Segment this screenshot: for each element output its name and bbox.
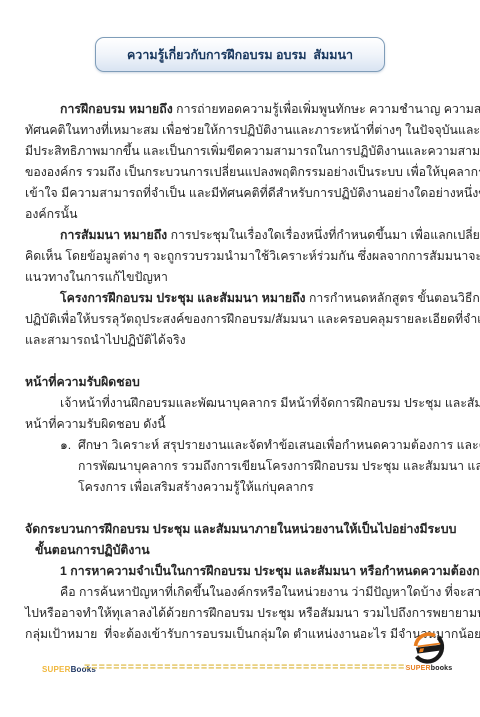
line-text: การกำหนดหลักสูตร ขั้นตอนวิธีการ ตลอดจนแน…	[306, 291, 480, 305]
list-item-1-line: โครงการ เพื่อเสริมสร้างความรู้ให้แก่บุคล…	[25, 477, 458, 498]
logo-super: SUPER	[406, 665, 431, 672]
list-item-number: ๑.	[60, 435, 78, 456]
paragraph-4-line: หน้าที่ความรับผิดชอบ ดังนี้	[25, 414, 458, 435]
paragraph-4-line: เจ้าหน้าที่งานฝึกอบรมและพัฒนาบุคลากร มีห…	[25, 393, 458, 414]
paragraph-3-line: และสามารถนำไปปฏิบัติได้จริง	[25, 330, 458, 351]
paragraph-2-line: การสัมมนา หมายถึง การประชุมในเรื่องใดเรื…	[25, 225, 458, 246]
logo-books: books	[431, 665, 453, 672]
steps-heading: ขั้นตอนการปฏิบัติงาน	[25, 540, 458, 561]
step-1-heading: 1 การหาความจำเป็นในการฝึกอบรม ประชุม และ…	[25, 561, 458, 582]
superbooks-logo: SUPERbooks	[404, 631, 454, 681]
term-lead: โครงการฝึกอบรม ประชุม และสัมมนา หมายถึง	[60, 291, 306, 305]
term-lead: การสัมมนา หมายถึง	[60, 228, 167, 242]
paragraph-1-line: องค์กรนั้น	[25, 204, 458, 225]
line-text: การถ่ายทอดความรู้เพื่อเพิ่มพูนทักษะ ความ…	[173, 102, 480, 116]
body-text: การฝึกอบรม หมายถึง การถ่ายทอดความรู้เพื่…	[25, 99, 458, 645]
paragraph-1-line: มีประสิทธิภาพมากขึ้น และเป็นการเพิ่มขีดค…	[25, 141, 458, 162]
spacer	[25, 351, 458, 372]
list-item-1-line: การพัฒนาบุคลากร รวมถึงการเขียนโครงการฝึก…	[25, 456, 458, 477]
term-lead: การฝึกอบรม หมายถึง	[60, 102, 173, 116]
paragraph-5-line: คือ การค้นหาปัญหาที่เกิดขึ้นในองค์กรหรือ…	[25, 582, 458, 603]
paragraph-3-line: โครงการฝึกอบรม ประชุม และสัมมนา หมายถึง …	[25, 288, 458, 309]
paragraph-5-line: ไปหรืออาจทำให้ทุเลาลงได้ด้วยการฝึกอบรม ป…	[25, 603, 458, 624]
paragraph-1-line: ขององค์กร รวมถึง เป็นกระบวนการเปลี่ยนแปล…	[25, 162, 458, 183]
line-text: การประชุมในเรื่องใดเรื่องหนึ่งที่กำหนดขึ…	[167, 228, 480, 242]
paragraph-2-line: แนวทางในการแก้ไขปัญหา	[25, 267, 458, 288]
process-heading: จัดกระบวนการฝึกอบรม ประชุม และสัมมนาภายใ…	[25, 519, 458, 540]
superbooks-emblem-icon	[410, 631, 448, 667]
document-page: ความรู้เกี่ยวกับการฝึกอบรม อบรม สัมมนา ก…	[0, 0, 480, 717]
footer-divider-dashes: ========================================…	[84, 662, 406, 676]
spacer	[25, 498, 458, 519]
paragraph-1-line: การฝึกอบรม หมายถึง การถ่ายทอดความรู้เพื่…	[25, 99, 458, 120]
paragraph-3-line: ปฏิบัติเพื่อให้บรรลุวัตถุประสงค์ของการฝึ…	[25, 309, 458, 330]
list-item-1: ๑.ศึกษา วิเคราะห์ สรุปรายงานและจัดทำข้อเ…	[25, 435, 458, 456]
page-title: ความรู้เกี่ยวกับการฝึกอบรม อบรม สัมมนา	[127, 45, 353, 65]
line-text: ศึกษา วิเคราะห์ สรุปรายงานและจัดทำข้อเสน…	[78, 435, 480, 456]
paragraph-5-line: กลุ่มเป้าหมาย ที่จะต้องเข้ารับการอบรมเป็…	[25, 624, 458, 645]
paragraph-1-line: เข้าใจ มีความสามารถที่จำเป็น และมีทัศนคต…	[25, 183, 458, 204]
logo-wordmark: SUPERbooks	[404, 665, 454, 672]
duties-heading: หน้าที่ความรับผิดชอบ	[25, 372, 458, 393]
wordmark-super: SUPER	[42, 665, 71, 674]
paragraph-2-line: คิดเห็น โดยข้อมูลต่าง ๆ จะถูกรวบรวมนำมาใ…	[25, 246, 458, 267]
title-box: ความรู้เกี่ยวกับการฝึกอบรม อบรม สัมมนา	[95, 37, 385, 72]
paragraph-1-line: ทัศนคติในทางที่เหมาะสม เพื่อช่วยให้การปฏ…	[25, 120, 458, 141]
